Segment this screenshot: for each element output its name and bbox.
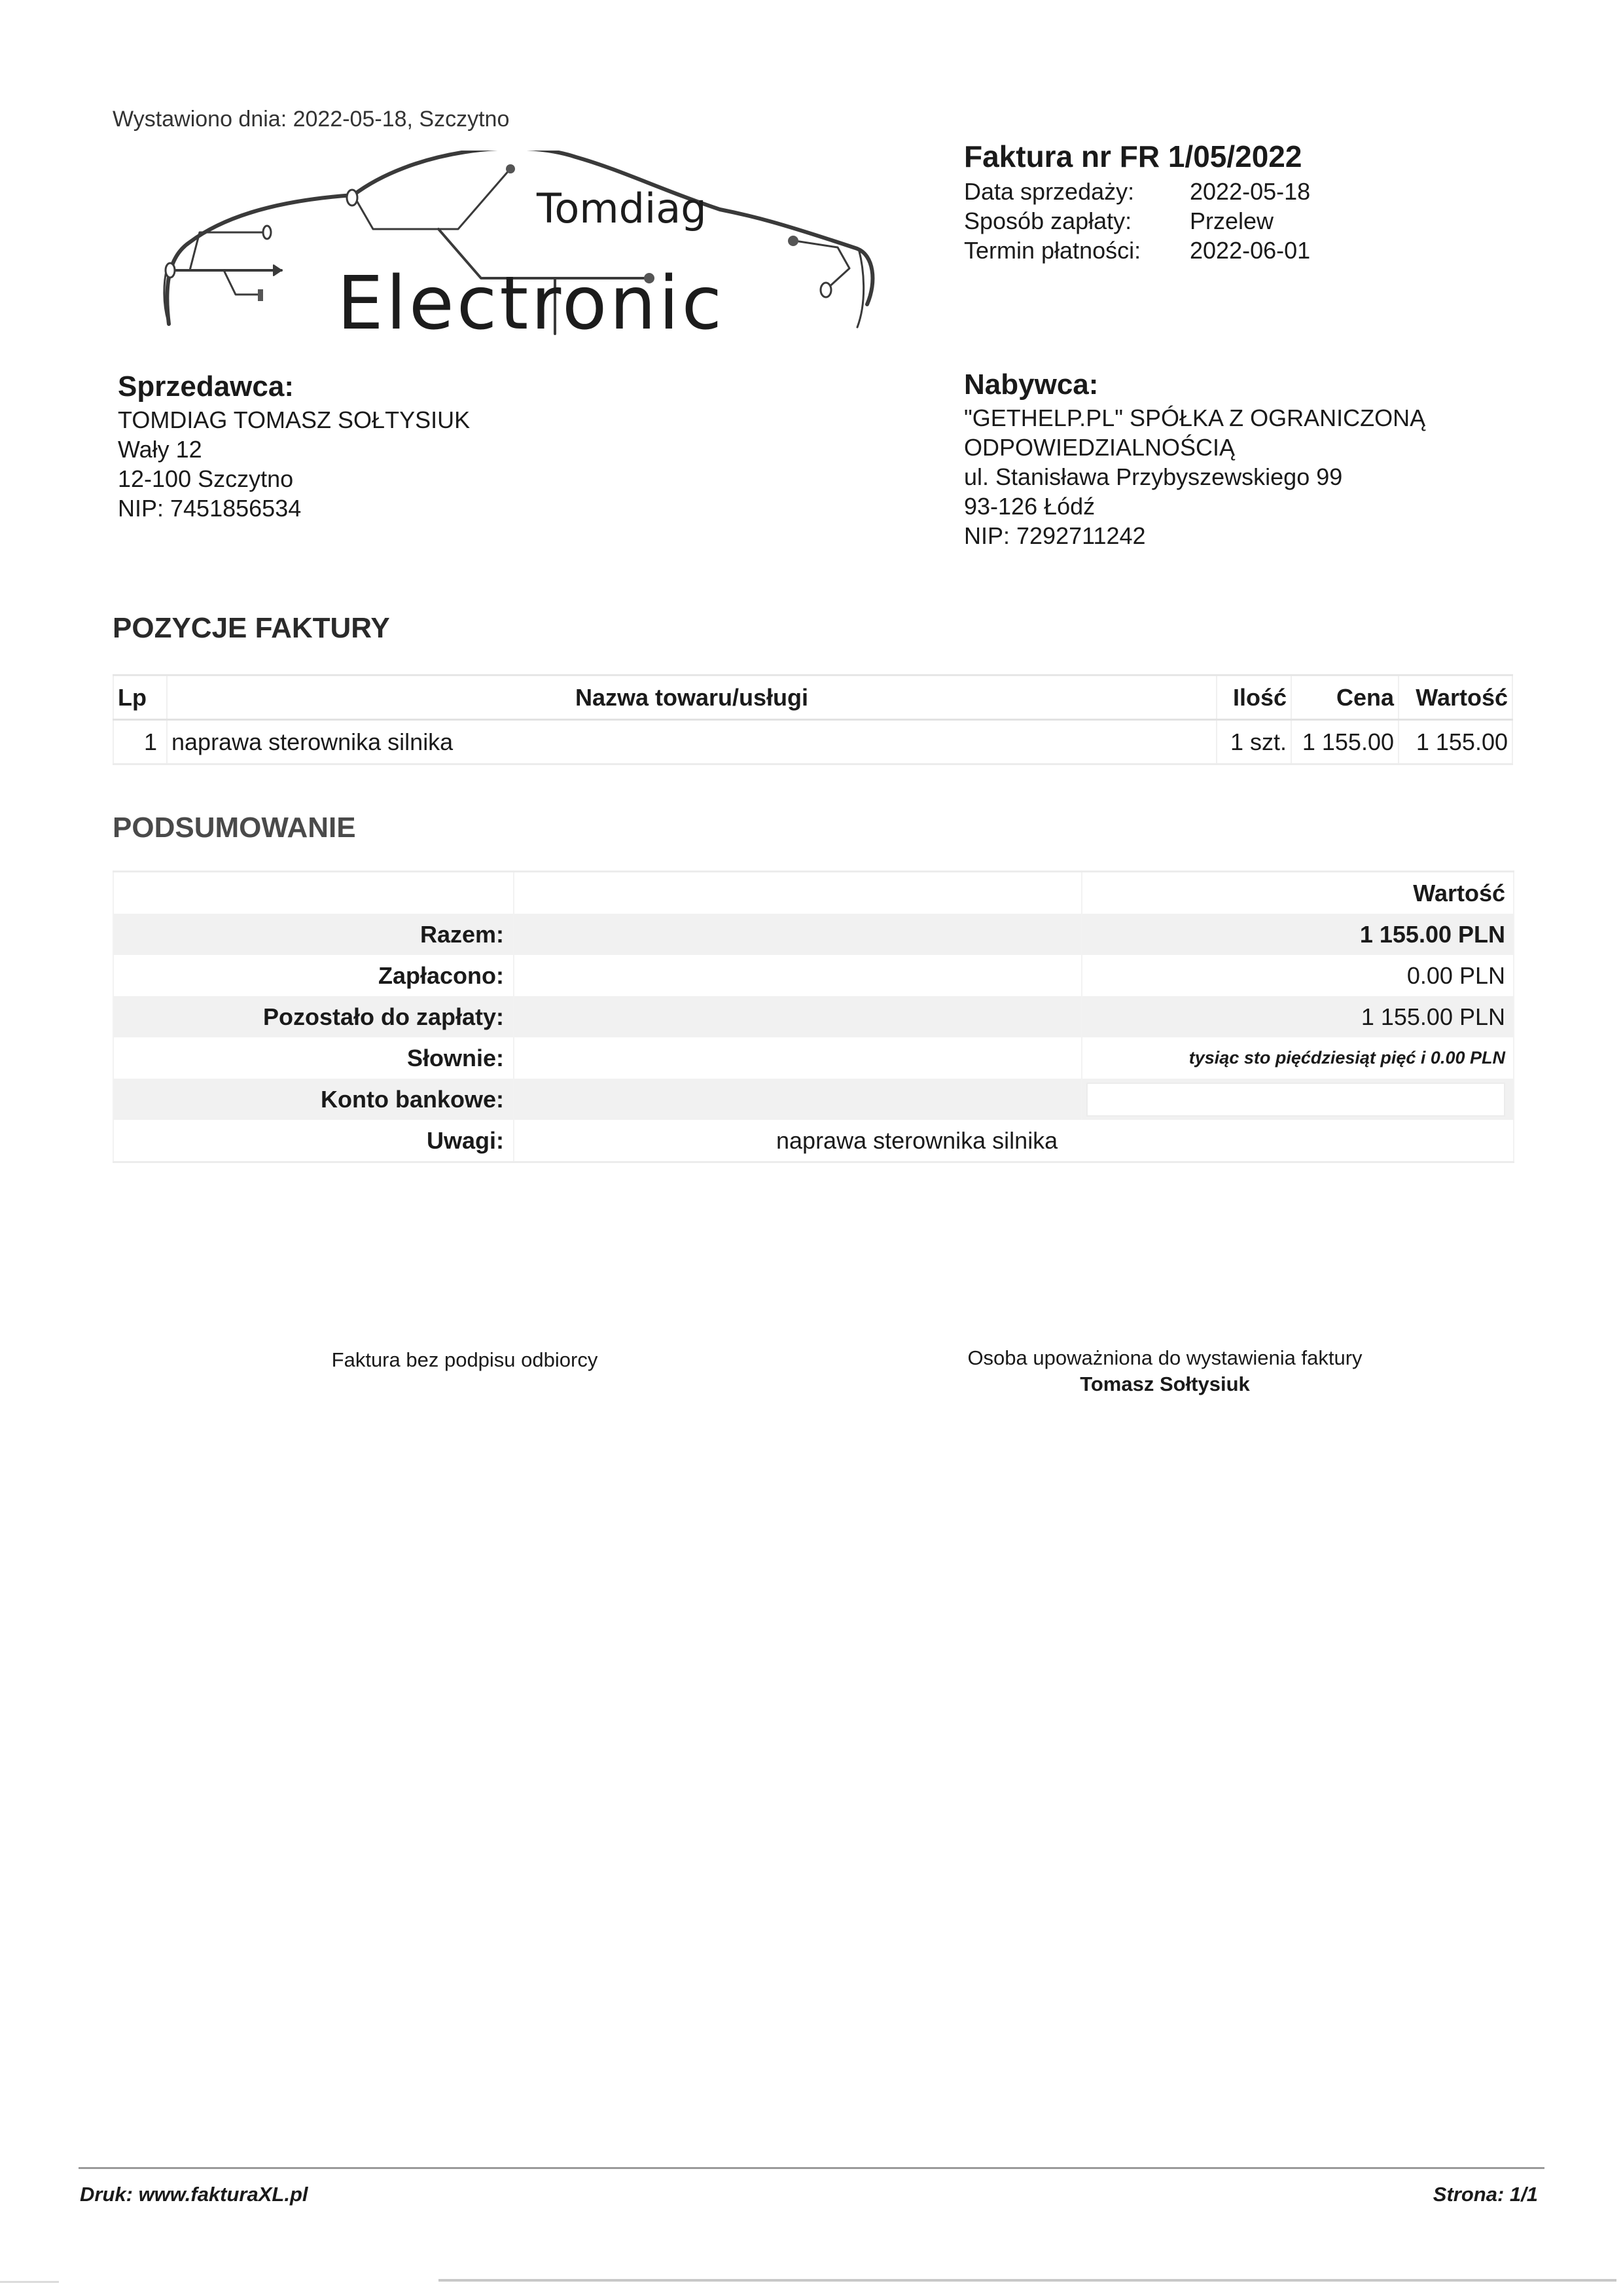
invoice-title: Faktura nr FR 1/05/2022: [964, 139, 1302, 174]
scan-artifact-line: [0, 2281, 59, 2283]
payment-method-value: Przelew: [1190, 206, 1274, 236]
seller-name: TOMDIAG TOMASZ SOŁTYSIUK: [118, 405, 470, 435]
buyer-street: ul. Stanisława Przybyszewskiego 99: [964, 462, 1553, 492]
summary-bank-row: Konto bankowe:: [113, 1079, 1514, 1120]
row-price: 1 155.00: [1291, 720, 1399, 764]
recipient-signature-note: Faktura bez podpisu odbiorcy: [314, 1348, 615, 1372]
buyer-heading: Nabywca:: [964, 368, 1553, 402]
scan-artifact-line: [438, 2279, 1616, 2282]
items-section-title: POZYCJE FAKTURY: [113, 612, 390, 645]
col-qty: Ilość: [1217, 675, 1291, 720]
notes-label: Uwagi:: [113, 1120, 514, 1162]
buyer-name-line2: ODPOWIEDZIALNOŚCIĄ: [964, 433, 1553, 462]
total-label: Razem:: [113, 914, 514, 955]
summary-section-title: PODSUMOWANIE: [113, 812, 356, 844]
footer-page-number: Strona: 1/1: [1433, 2183, 1538, 2206]
summary-value-header: Wartość: [1082, 872, 1514, 914]
seller-street: Wały 12: [118, 435, 470, 464]
sale-date-value: 2022-05-18: [1190, 177, 1310, 206]
issuer-signature-block: Osoba upoważniona do wystawienia faktury…: [929, 1345, 1400, 1397]
summary-notes-row: Uwagi: naprawa sterownika silnika: [113, 1120, 1514, 1162]
row-lp: 1: [113, 720, 167, 764]
footer-print-source: Druk: www.fakturaXL.pl: [80, 2183, 308, 2206]
company-logo: Tomdiag Electronic: [151, 151, 903, 347]
bank-label: Konto bankowe:: [113, 1079, 514, 1120]
col-name: Nazwa towaru/usługi: [167, 675, 1217, 720]
paid-label: Zapłacono:: [113, 955, 514, 996]
invoice-meta: Data sprzedaży: 2022-05-18 Sposób zapłat…: [964, 177, 1310, 265]
words-value: tysiąc sto pięćdziesiąt pięć i 0.00 PLN: [1082, 1037, 1514, 1079]
summary-total-row: Razem: 1 155.00 PLN: [113, 914, 1514, 955]
bank-account-value: [1086, 1083, 1505, 1117]
buyer-name-line1: "GETHELP.PL" SPÓŁKA Z OGRANICZONĄ: [964, 403, 1553, 433]
payment-due-label: Termin płatności:: [964, 236, 1190, 265]
payment-due-row: Termin płatności: 2022-06-01: [964, 236, 1310, 265]
issue-date-place: Wystawiono dnia: 2022-05-18, Szczytno: [113, 107, 509, 132]
summary-table: Wartość Razem: 1 155.00 PLN Zapłacono: 0…: [113, 870, 1514, 1163]
seller-city: 12-100 Szczytno: [118, 464, 470, 493]
footer-divider: [79, 2167, 1544, 2169]
row-qty: 1 szt.: [1217, 720, 1291, 764]
issuer-caption: Osoba upoważniona do wystawienia faktury: [929, 1345, 1400, 1371]
seller-heading: Sprzedawca:: [118, 370, 470, 404]
col-value: Wartość: [1399, 675, 1512, 720]
payment-method-label: Sposób zapłaty:: [964, 206, 1190, 236]
summary-remaining-row: Pozostało do zapłaty: 1 155.00 PLN: [113, 996, 1514, 1037]
remaining-value: 1 155.00 PLN: [1082, 996, 1514, 1037]
buyer-nip: NIP: 7292711242: [964, 521, 1553, 550]
buyer-block: Nabywca: "GETHELP.PL" SPÓŁKA Z OGRANICZO…: [964, 368, 1553, 550]
issuer-name: Tomasz Sołtysiuk: [929, 1371, 1400, 1397]
payment-due-value: 2022-06-01: [1190, 236, 1310, 265]
summary-paid-row: Zapłacono: 0.00 PLN: [113, 955, 1514, 996]
items-header-row: Lp Nazwa towaru/usługi Ilość Cena Wartoś…: [113, 675, 1512, 720]
seller-block: Sprzedawca: TOMDIAG TOMASZ SOŁTYSIUK Wał…: [118, 370, 470, 523]
summary-words-row: Słownie: tysiąc sto pięćdziesiąt pięć i …: [113, 1037, 1514, 1079]
svg-text:Tomdiag: Tomdiag: [536, 185, 707, 232]
paid-value: 0.00 PLN: [1082, 955, 1514, 996]
seller-nip: NIP: 7451856534: [118, 493, 470, 523]
car-circuit-logo-icon: Tomdiag Electronic: [151, 151, 903, 347]
col-price: Cena: [1291, 675, 1399, 720]
row-value: 1 155.00: [1399, 720, 1512, 764]
words-label: Słownie:: [113, 1037, 514, 1079]
payment-method-row: Sposób zapłaty: Przelew: [964, 206, 1310, 236]
summary-header-row: Wartość: [113, 872, 1514, 914]
row-name: naprawa sterownika silnika: [167, 720, 1217, 764]
sale-date-row: Data sprzedaży: 2022-05-18: [964, 177, 1310, 206]
remaining-label: Pozostało do zapłaty:: [113, 996, 514, 1037]
items-table: Lp Nazwa towaru/usługi Ilość Cena Wartoś…: [113, 674, 1513, 765]
total-value: 1 155.00 PLN: [1082, 914, 1514, 955]
sale-date-label: Data sprzedaży:: [964, 177, 1190, 206]
col-lp: Lp: [113, 675, 167, 720]
svg-text:Electronic: Electronic: [337, 261, 724, 346]
notes-value: naprawa sterownika silnika: [514, 1120, 1514, 1162]
table-row: 1 naprawa sterownika silnika 1 szt. 1 15…: [113, 720, 1512, 764]
buyer-city: 93-126 Łódź: [964, 492, 1553, 521]
